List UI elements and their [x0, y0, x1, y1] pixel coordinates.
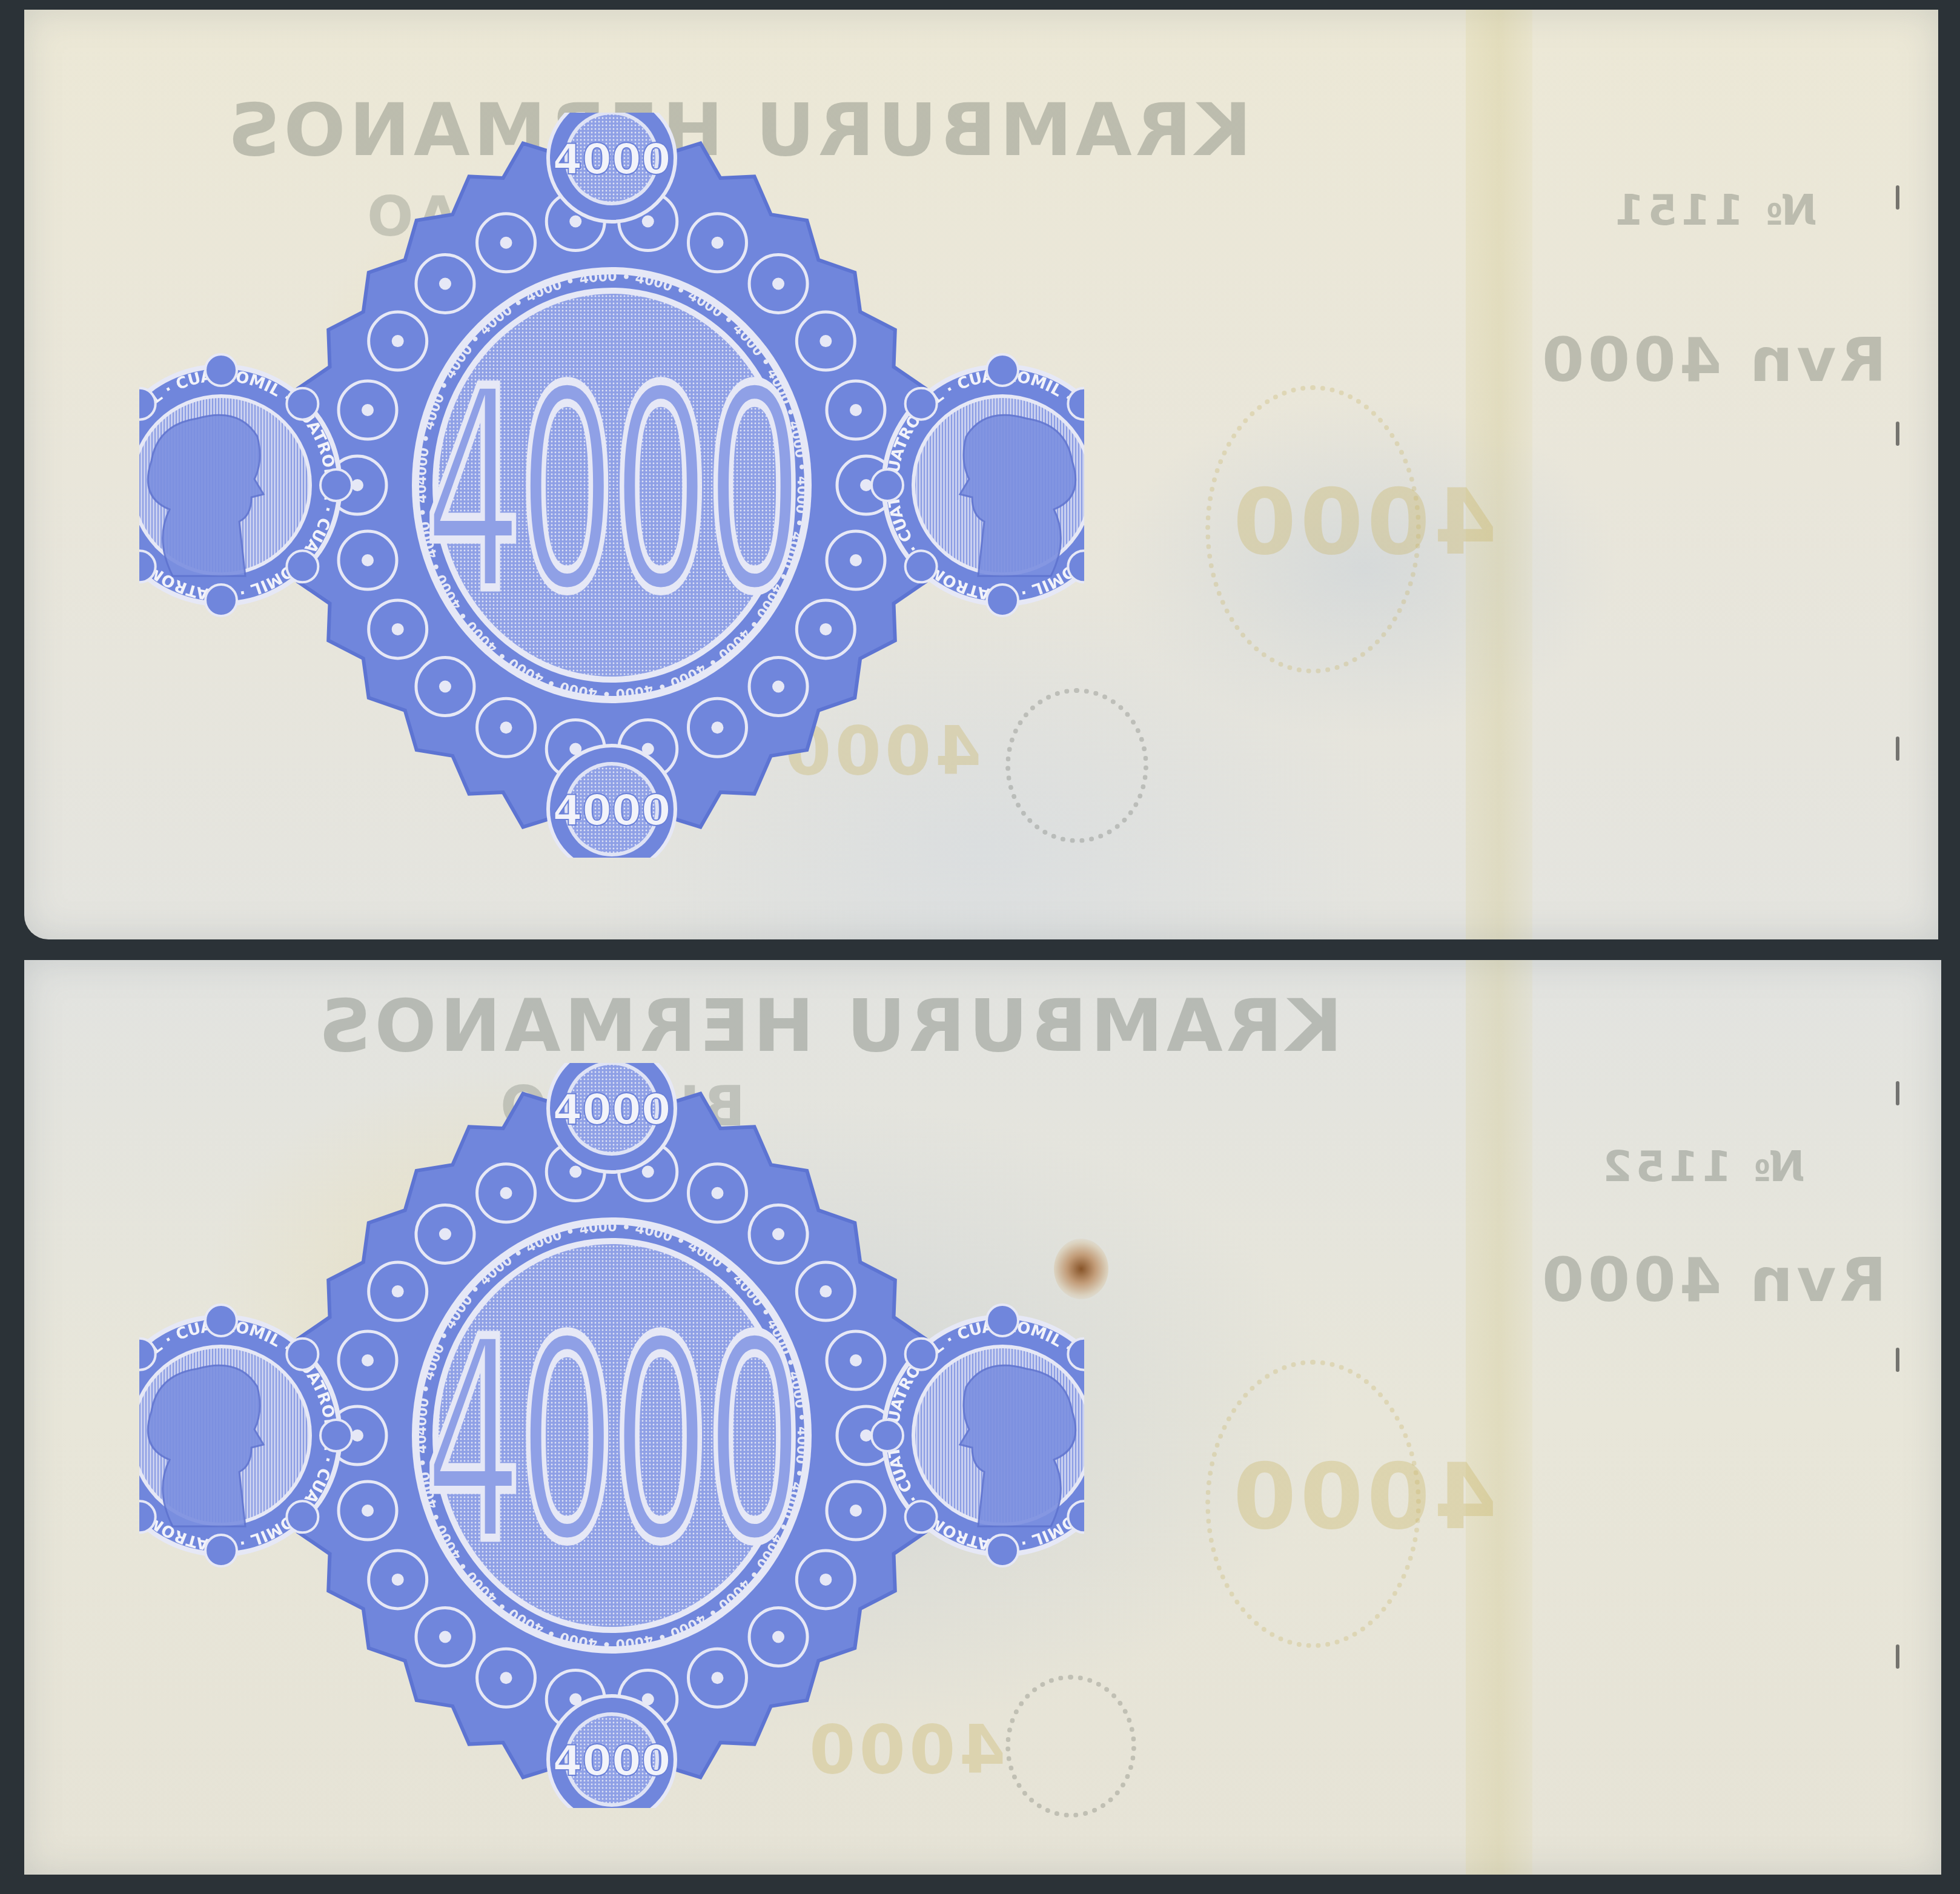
banknote-bottom: KRAMBURU HERMANOS BILBAO 4000 4000 № 115…: [24, 960, 1941, 1875]
perforation-mark: [1896, 422, 1899, 446]
counterfoil-divider: [1466, 960, 1532, 1875]
svg-text:4000: 4000: [553, 1736, 671, 1786]
engraved-ornament: 4000 • 4000 • 4000 • 4000 • 4000 • 4000 …: [139, 1063, 1084, 1808]
counterfoil-number: № 1152: [1599, 1142, 1804, 1191]
counterfoil-amount: Rvn 4000: [1538, 1245, 1887, 1316]
engraved-ornament: 4000 • 4000 • 4000 • 4000 • 4000 • 4000 …: [139, 113, 1084, 858]
svg-text:4000: 4000: [553, 786, 671, 835]
perforation-mark: [1896, 185, 1899, 210]
svg-text:4000: 4000: [553, 1085, 671, 1134]
svg-text:4000: 4000: [425, 1279, 800, 1603]
perforation-mark: [1896, 1081, 1899, 1105]
showthrough-heading: KRAMBURU HERMANOS: [315, 984, 1342, 1068]
showthrough-oval-amount: 4000: [1230, 470, 1497, 575]
perforation-mark: [1896, 1348, 1899, 1372]
perforation-mark: [1896, 1644, 1899, 1669]
svg-text:4000: 4000: [425, 329, 800, 653]
counterfoil-amount: Rvn 4000: [1538, 325, 1887, 396]
showthrough-oval-amount: 4000: [1230, 1445, 1497, 1550]
banknote-top: KRAMBURU HERMANOS BILBAO 4000 4000 № 115…: [24, 10, 1938, 939]
counterfoil-number: № 1151: [1611, 185, 1816, 235]
perforation-mark: [1896, 737, 1899, 761]
svg-text:4000: 4000: [553, 134, 671, 184]
